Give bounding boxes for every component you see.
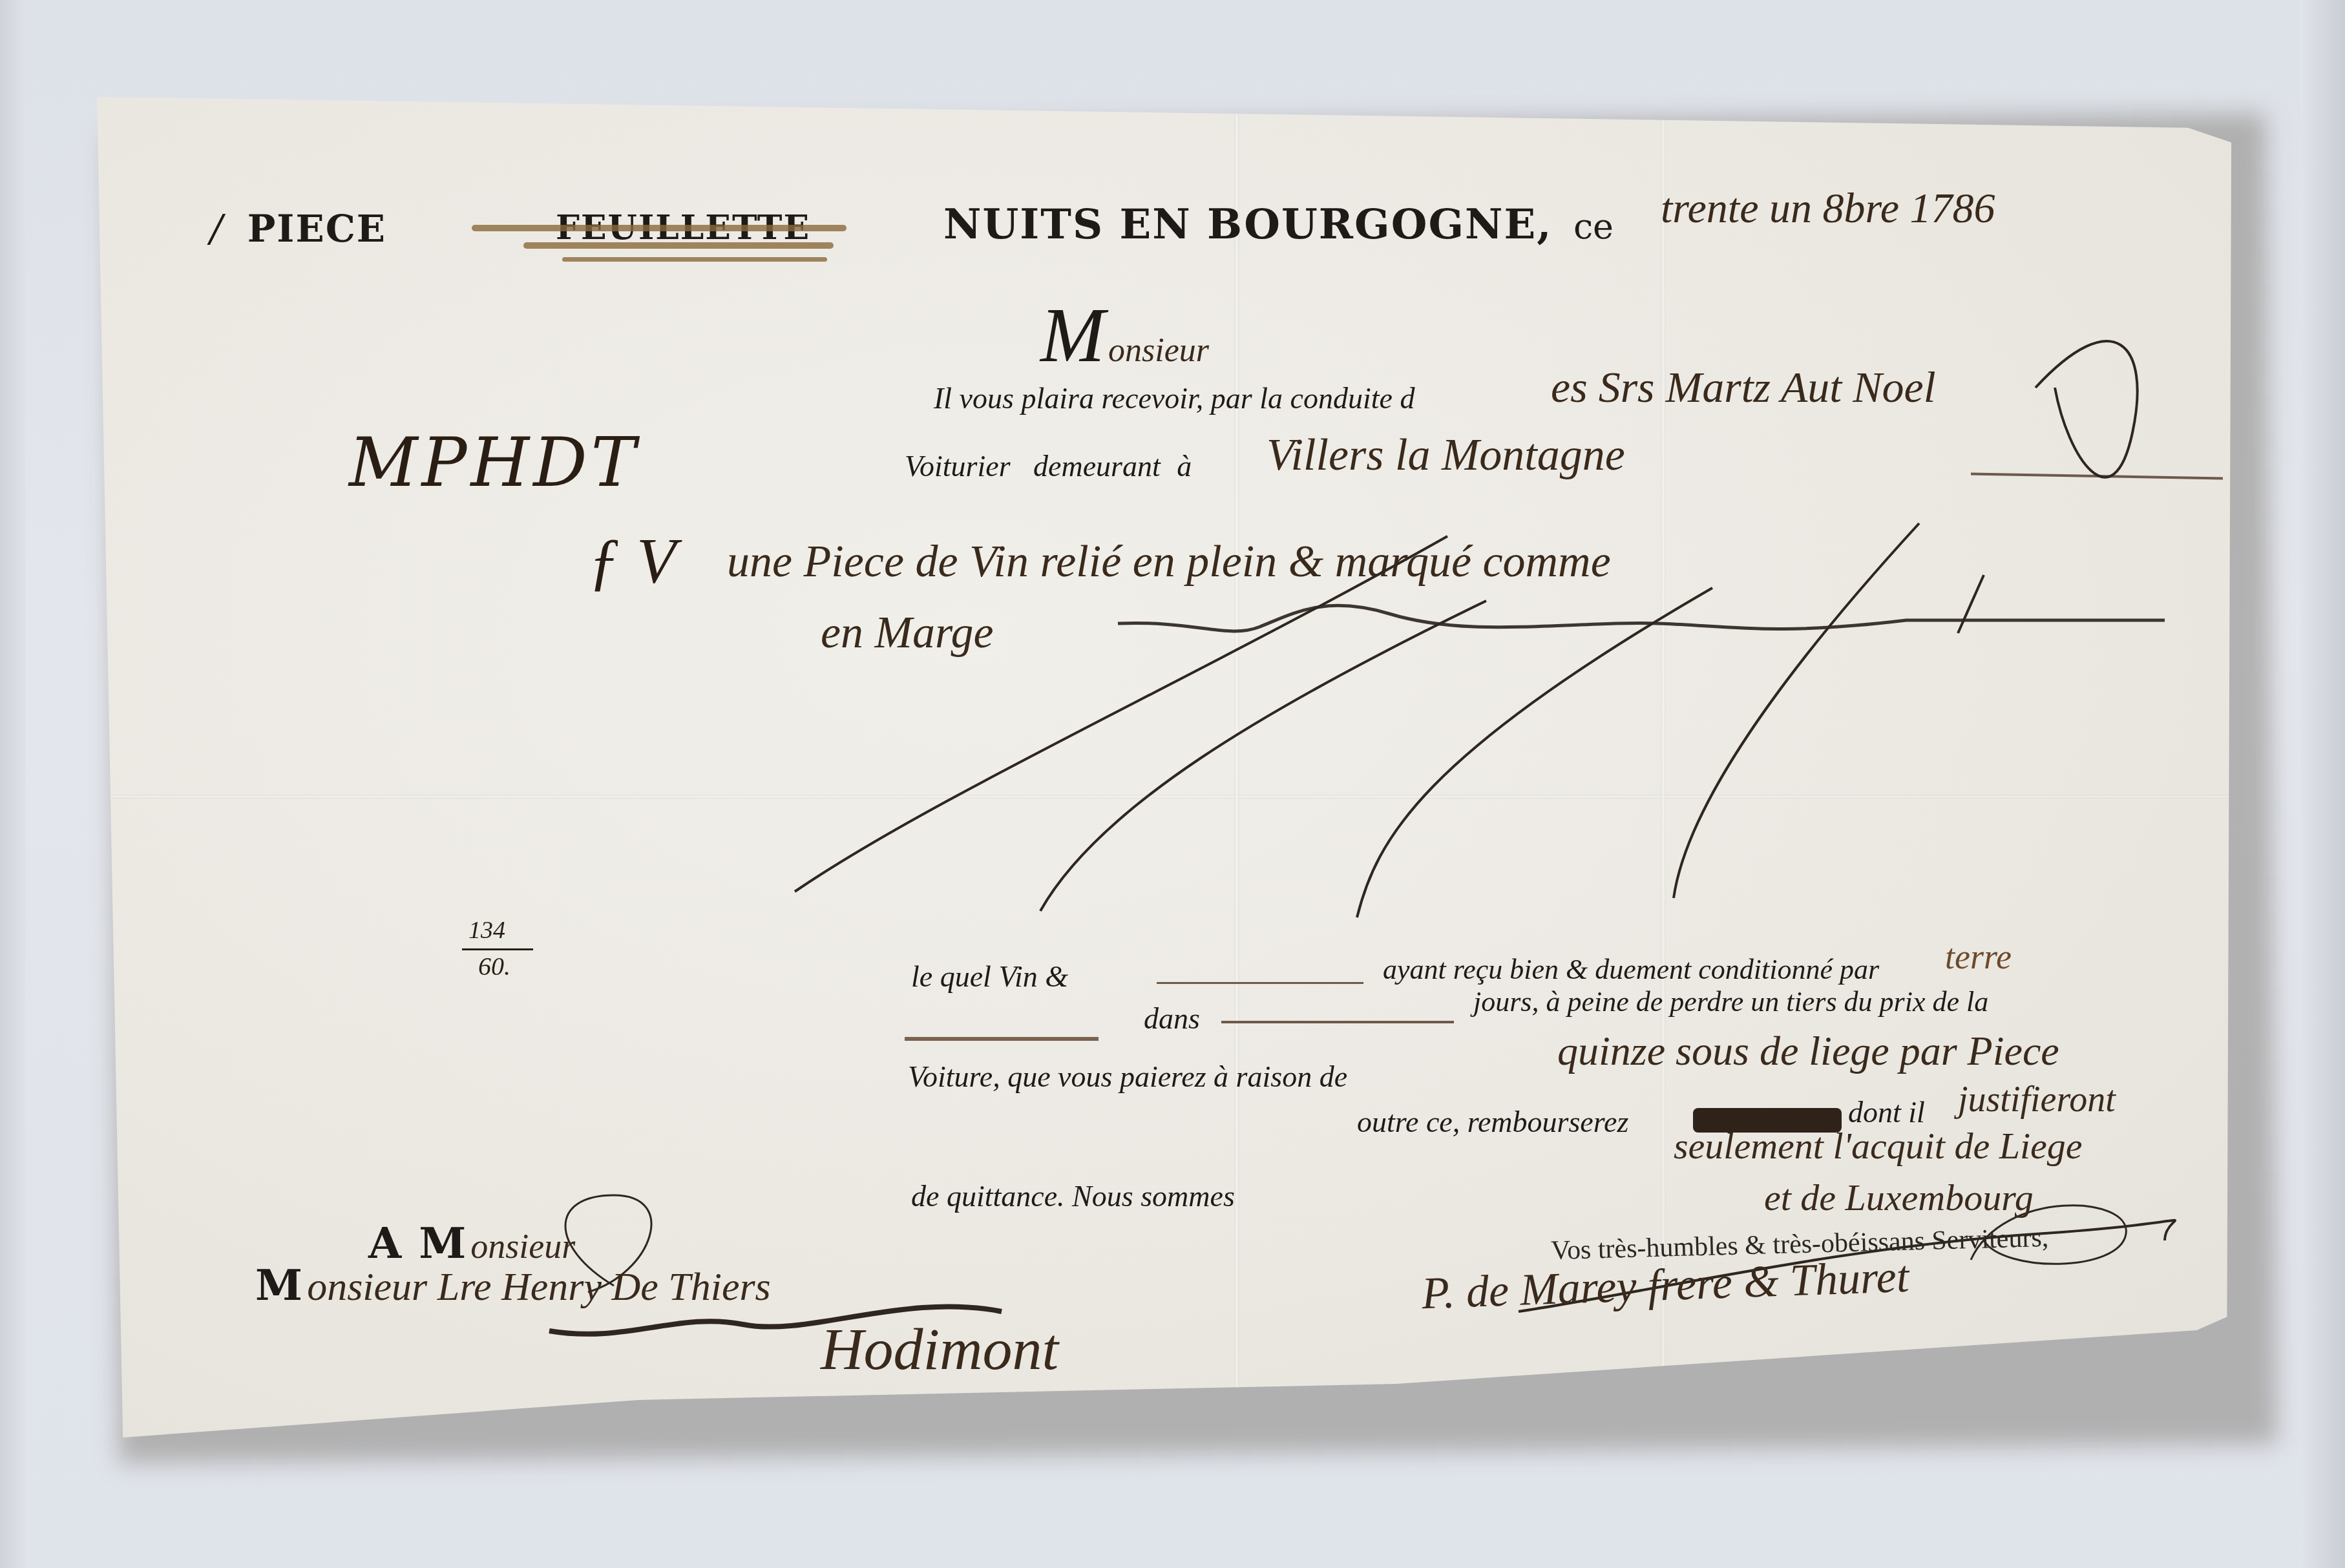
recipient-city: Hodimont [821,1315,1058,1383]
frame-edge-left [0,0,26,1568]
customs-note-2: et de Luxembourg [1764,1176,2034,1219]
blank-line [1221,1021,1454,1023]
justifieront: justifieront [1958,1079,2116,1120]
frame-edge-right [2300,0,2345,1568]
document-sheet: / PIECE FEUILLETTE NUITS EN BOURGOGNE, c… [97,97,2262,1437]
body-line-7: Voiture, que vous paierez à raison de [908,1060,1347,1094]
freight-rate: quinze sous de liege par Piece [1557,1027,2059,1075]
recipient-name: onsieur Lre Henry De Thiers [307,1265,771,1309]
body-line-6b: jours, à peine de perdre un tiers du pri… [1473,985,1988,1018]
address-printed-b: M [255,1260,304,1310]
body-line-5a: le quel Vin & [911,959,1068,994]
body-line-11: de quittance. Nous sommes [911,1179,1235,1213]
fraction-bar [462,948,533,950]
margin-note-denominator: 60. [478,951,510,981]
body-line-6a: dans [1144,1001,1200,1036]
transport-mode: terre [1945,937,2012,977]
margin-note-numerator: 134 [468,916,505,945]
body-line-8: outre ce, rembourserez [1357,1105,1628,1139]
blank-line [1157,982,1363,984]
blank-line [905,1037,1099,1041]
customs-note: seulement l'acquit de Liege [1674,1124,2083,1167]
body-line-5b: ayant reçu bien & duement conditionné pa… [1383,953,1879,986]
